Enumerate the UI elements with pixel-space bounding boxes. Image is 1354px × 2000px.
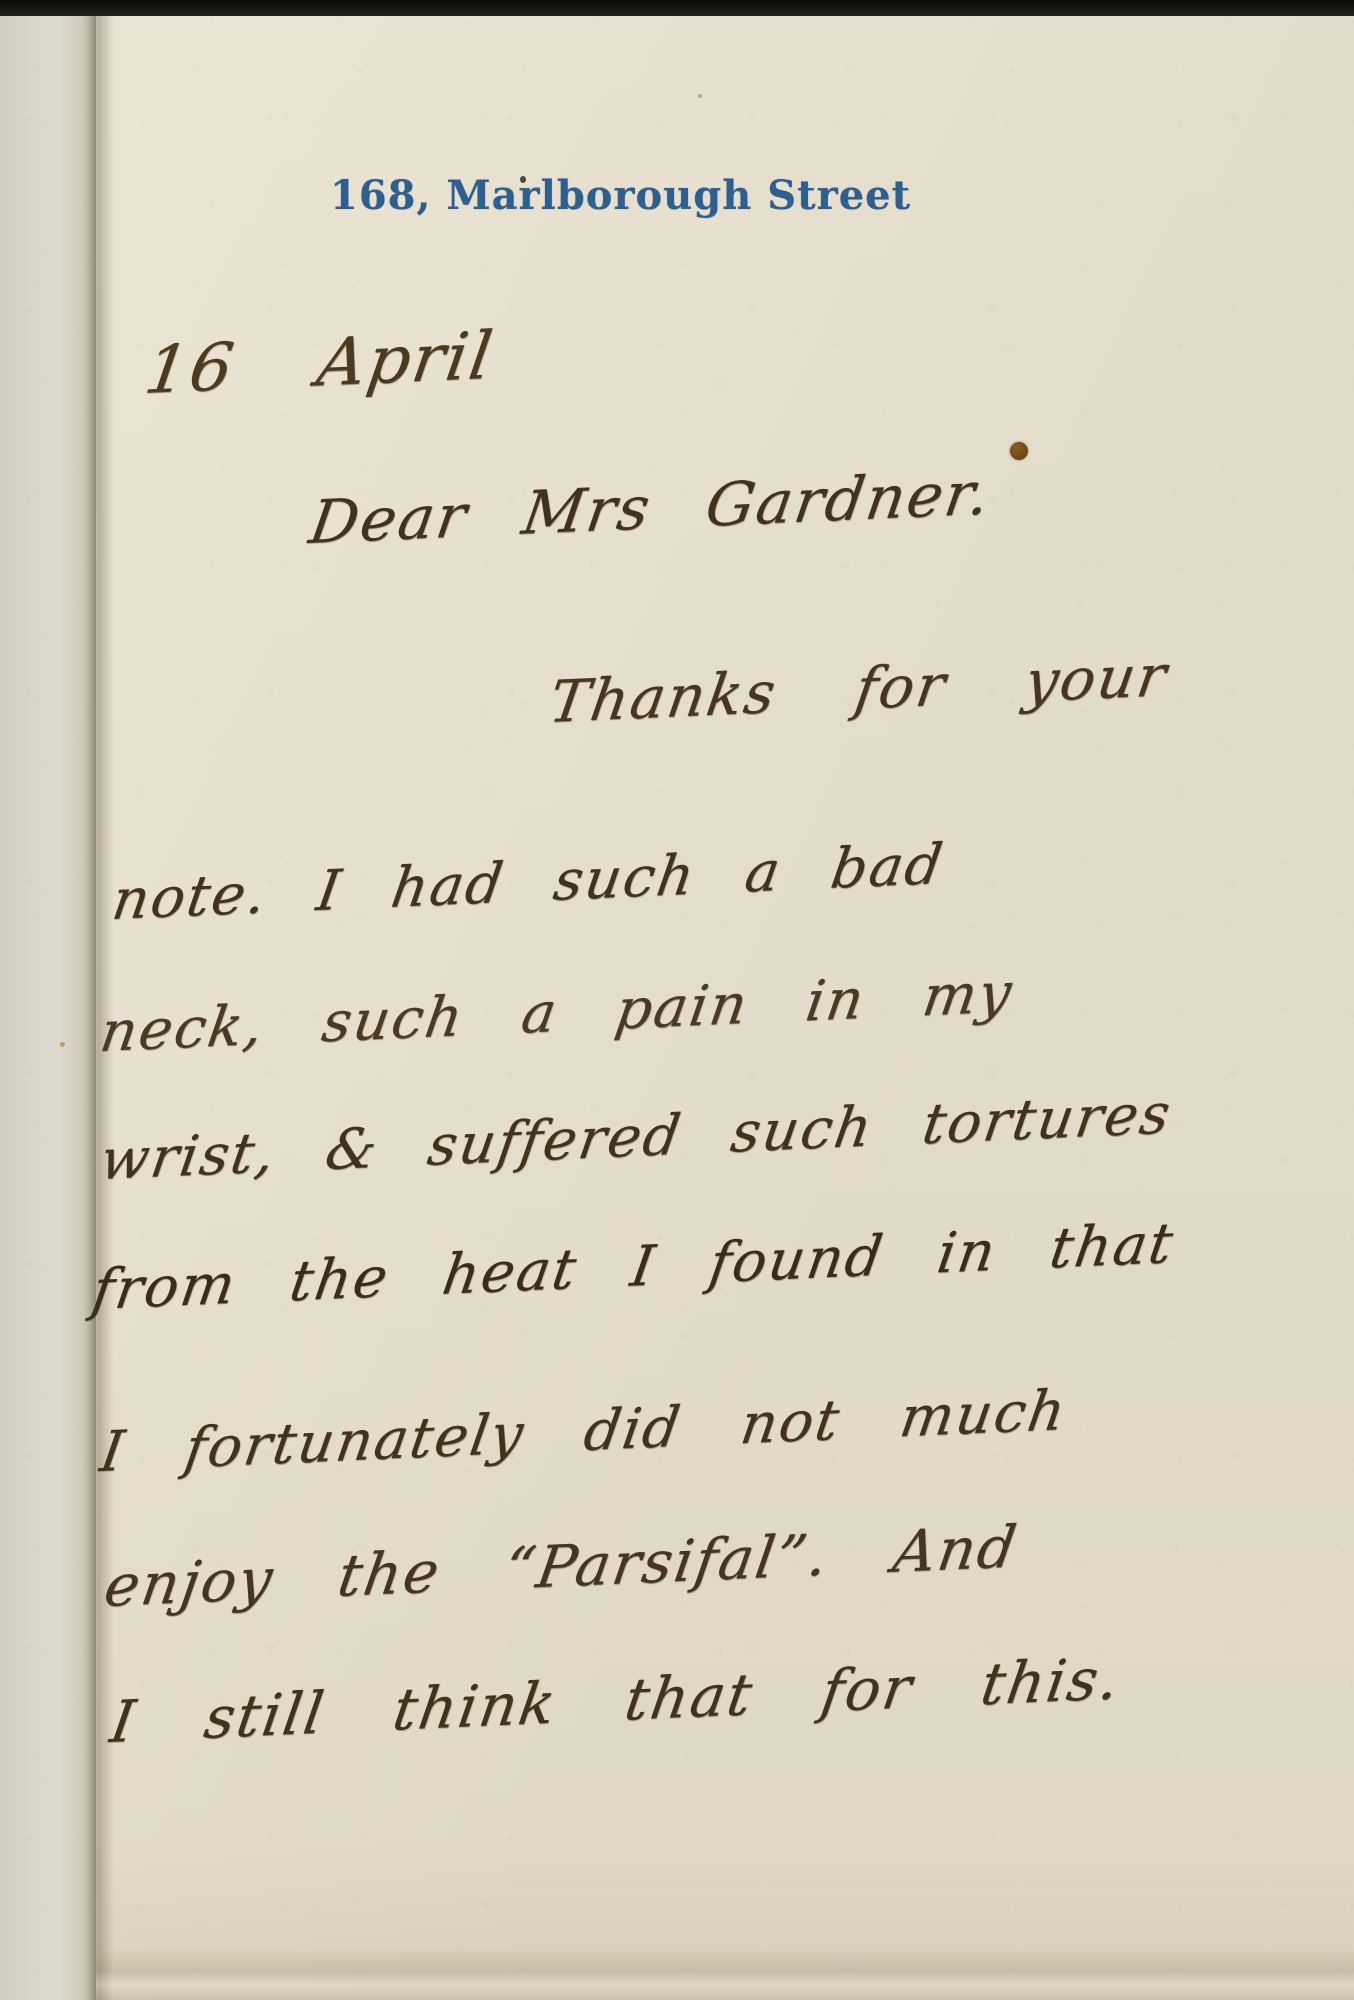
paper-speck xyxy=(698,94,702,98)
letter-body: 16 AprilDear Mrs Gardner.Thanks for your… xyxy=(0,0,1354,2000)
handwriting-line: 16 April xyxy=(140,317,499,409)
handwriting-line: I still think that for this. xyxy=(106,1644,1125,1756)
handwriting-line: Dear Mrs Gardner. xyxy=(305,459,996,558)
handwriting-line: Thanks for your xyxy=(545,641,1172,736)
paper-speck xyxy=(520,176,526,183)
handwriting-line: note. I had such a bad xyxy=(108,832,948,933)
handwriting-line: I fortunately did not much xyxy=(96,1378,1071,1485)
brown-dot-mark xyxy=(1010,442,1028,460)
handwriting-line: wrist, & suffered such tortures xyxy=(96,1082,1176,1193)
handwriting-line: neck, such a pain in my xyxy=(96,961,1017,1065)
letter-scan: 168, Marlborough Street 16 AprilDear Mrs… xyxy=(0,0,1354,2000)
handwriting-line: enjoy the “Parsifal”. And xyxy=(100,1513,1022,1620)
scan-top-edge xyxy=(0,0,1354,16)
paper-speck xyxy=(60,1042,65,1047)
handwriting-line: from the heat I found in that xyxy=(88,1211,1179,1323)
